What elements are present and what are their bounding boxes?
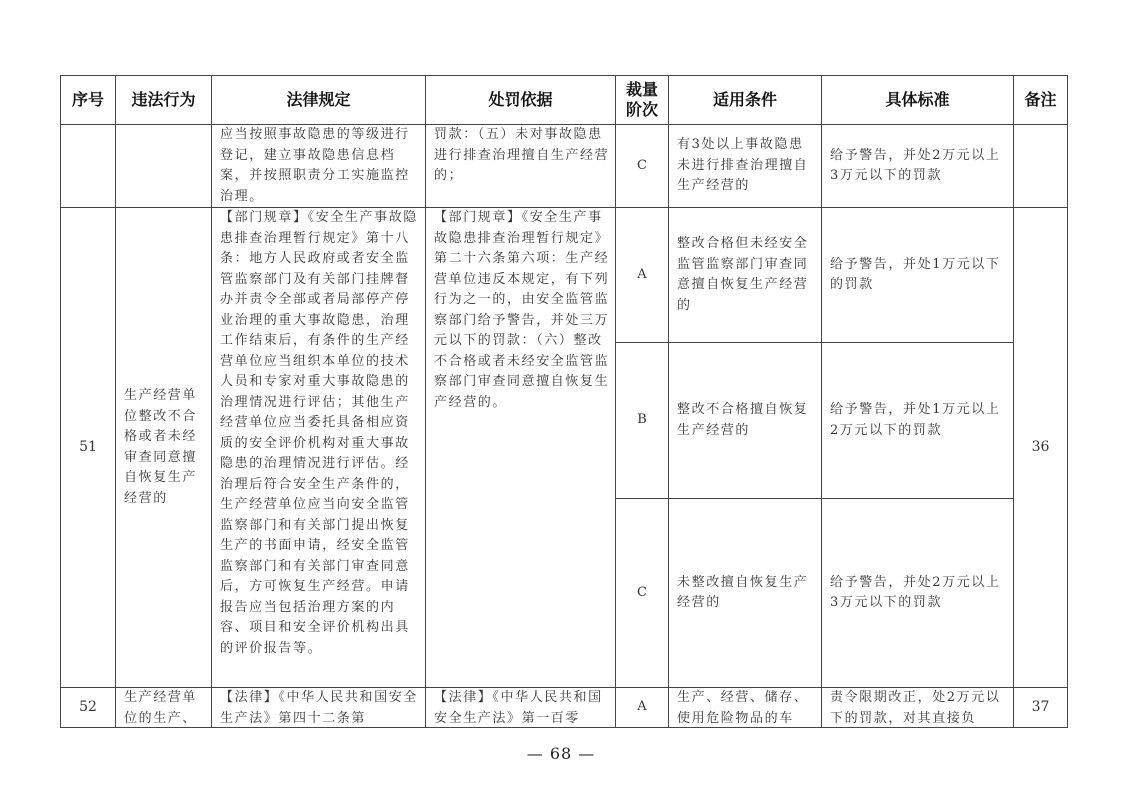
cell-condition: 未整改擅自恢复生产经营的 — [669, 499, 822, 688]
cell-basis: 【法律】《中华人民共和国安全生产法》第一百零 — [426, 688, 616, 728]
table-header-row: 序号 违法行为 法律规定 处罚依据 裁量阶次 适用条件 具体标准 备注 — [61, 76, 1068, 125]
header-basis: 处罚依据 — [426, 76, 616, 125]
cell-index — [61, 125, 116, 208]
header-level: 裁量阶次 — [616, 76, 669, 125]
page-number: — 68 — — [0, 744, 1122, 763]
header-law: 法律规定 — [212, 76, 426, 125]
cell-law: 【法律】《中华人民共和国安全生产法》第四十二条第 — [212, 688, 426, 728]
cell-note: 36 — [1014, 208, 1068, 688]
cell-standard: 给予警告，并处1万元以下的罚款 — [822, 208, 1014, 343]
header-violation: 违法行为 — [116, 76, 212, 125]
cell-condition: 整改不合格擅自恢复生产经营的 — [669, 343, 822, 499]
cell-basis: 【部门规章】《安全生产事故隐患排查治理暂行规定》第二十六条第六项：生产经营单位违… — [426, 208, 616, 688]
header-index: 序号 — [61, 76, 116, 125]
cell-level: A — [616, 688, 669, 728]
cell-standard: 责令限期改正，处2万元以下的罚款，对其直接负 — [822, 688, 1014, 728]
cell-index: 51 — [61, 208, 116, 688]
cell-standard: 给予警告，并处1万元以上2万元以下的罚款 — [822, 343, 1014, 499]
cell-note: 37 — [1014, 688, 1068, 728]
header-condition: 适用条件 — [669, 76, 822, 125]
cell-basis: 罚款：（五）未对事故隐患进行排查治理擅自生产经营的； — [426, 125, 616, 208]
cell-note — [1014, 125, 1068, 208]
cell-level: A — [616, 208, 669, 343]
cell-standard: 给予警告，并处2万元以上3万元以下的罚款 — [822, 499, 1014, 688]
document-page: 序号 违法行为 法律规定 处罚依据 裁量阶次 适用条件 具体标准 备注 应当按照… — [60, 75, 1068, 728]
header-note: 备注 — [1014, 76, 1068, 125]
table-row-continued: 应当按照事故隐患的等级进行登记，建立事故隐患信息档案，并按照职责分工实施监控治理… — [61, 125, 1068, 208]
cell-condition: 有3处以上事故隐患未进行排查治理擅自生产经营的 — [669, 125, 822, 208]
cell-law: 应当按照事故隐患的等级进行登记，建立事故隐患信息档案，并按照职责分工实施监控治理… — [212, 125, 426, 208]
cell-condition: 生产、经营、储存、使用危险物品的车 — [669, 688, 822, 728]
cell-level: B — [616, 343, 669, 499]
table-row-51-tier-a: 51 生产经营单位整改不合格或者未经审查同意擅自恢复生产经营的 【部门规章】《安… — [61, 208, 1068, 343]
cell-level: C — [616, 125, 669, 208]
cell-index: 52 — [61, 688, 116, 728]
cell-violation — [116, 125, 212, 208]
cell-standard: 给予警告，并处2万元以上3万元以下的罚款 — [822, 125, 1014, 208]
cell-law: 【部门规章】《安全生产事故隐患排查治理暂行规定》第十八条：地方人民政府或者安全监… — [212, 208, 426, 688]
cell-violation: 生产经营单位整改不合格或者未经审查同意擅自恢复生产经营的 — [116, 208, 212, 688]
header-standard: 具体标准 — [822, 76, 1014, 125]
cell-condition: 整改合格但未经安全监管监察部门审查同意擅自恢复生产经营的 — [669, 208, 822, 343]
penalty-table: 序号 违法行为 法律规定 处罚依据 裁量阶次 适用条件 具体标准 备注 应当按照… — [60, 75, 1068, 728]
cell-level: C — [616, 499, 669, 688]
cell-violation: 生产经营单位的生产、 — [116, 688, 212, 728]
table-row-52: 52 生产经营单位的生产、 【法律】《中华人民共和国安全生产法》第四十二条第 【… — [61, 688, 1068, 728]
